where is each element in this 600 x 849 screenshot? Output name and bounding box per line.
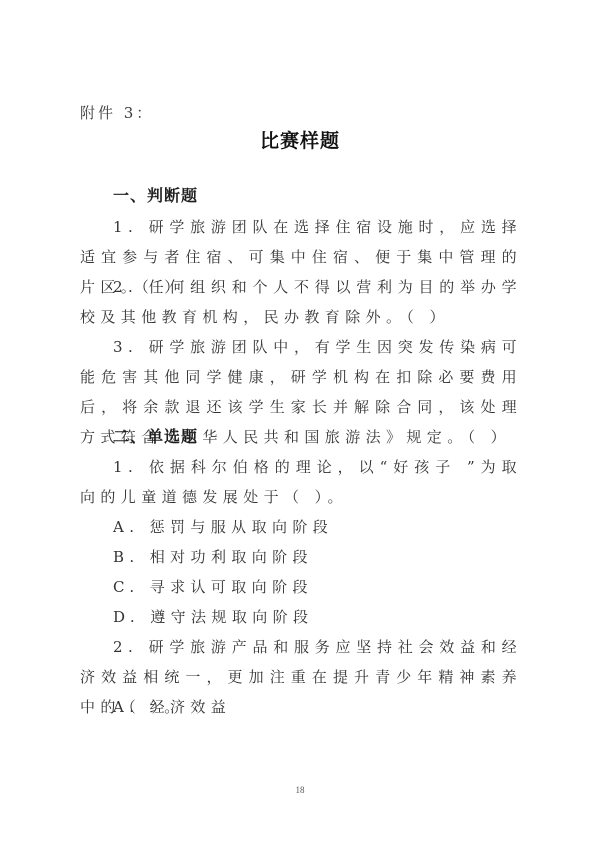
option-sc1-d: D. 遵守法规取向阶段 [113,602,313,632]
question-tf-2: 2. 任何组织和个人不得以营利为目的举办学校及其他教育机构，民办教育除外。（ ） [80,272,522,332]
option-sc2-a: A. 经济效益 [113,692,231,722]
option-sc1-c: C. 寻求认可取向阶段 [113,572,313,602]
page-title: 比赛样题 [0,128,600,154]
option-sc1-a: A. 惩罚与服从取向阶段 [113,512,333,542]
attachment-label: 附件 3： [80,103,154,123]
option-sc1-b: B. 相对功利取向阶段 [113,542,313,572]
page-number: 18 [0,785,600,795]
document-page: 附件 3： 比赛样题 一、判断题 1. 研学旅游团队在选择住宿设施时，应选择适宜… [0,0,600,849]
section-heading-single-choice: 二、单选题 [113,426,198,448]
section-heading-true-false: 一、判断题 [113,185,198,207]
question-sc-1: 1. 依据科尔伯格的理论，以“好孩子 ”为取向的儿童道德发展处于（ ）。 [80,452,522,512]
